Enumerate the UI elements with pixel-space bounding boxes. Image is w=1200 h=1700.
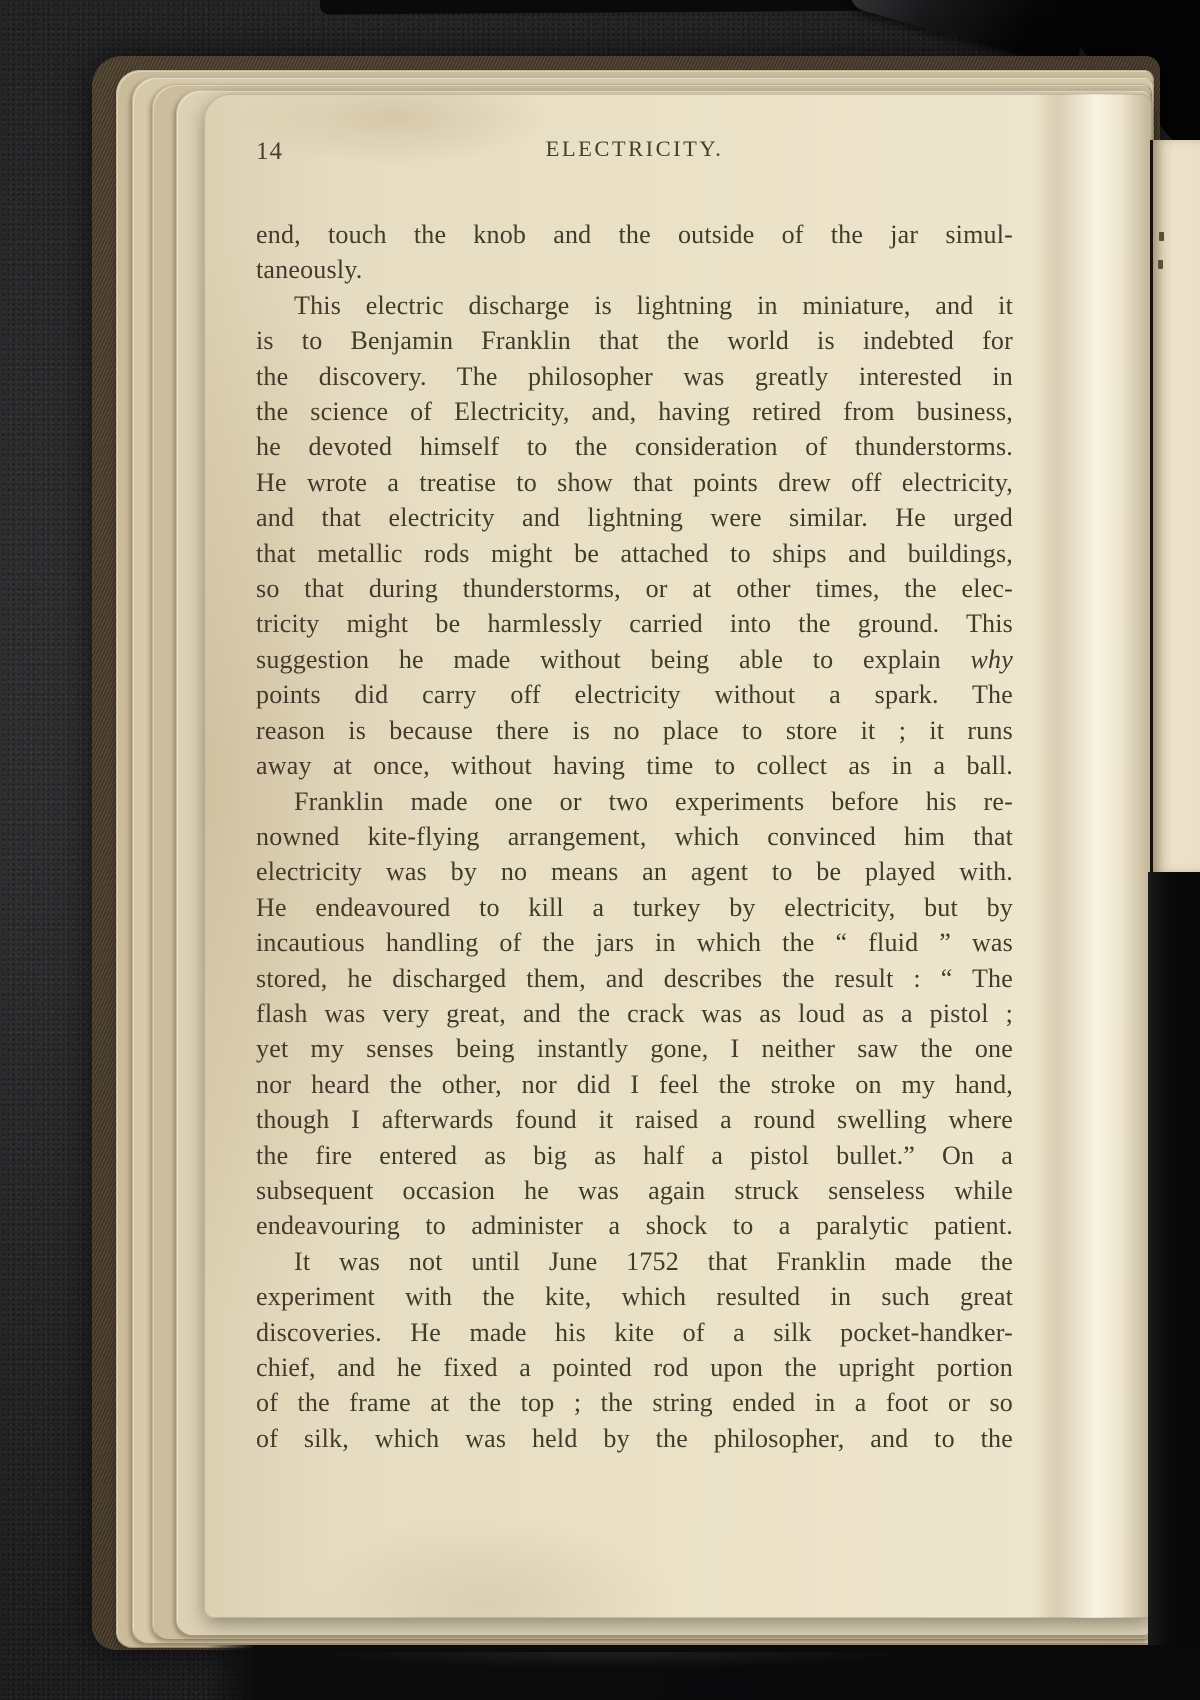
text-line: and that electricity and lightning were … [256, 500, 1013, 535]
text-line: stored, he discharged them, and describe… [256, 961, 1013, 996]
text-segment: and that electricity and lightning were … [256, 503, 1013, 532]
italic-text: why [971, 645, 1013, 674]
text-line: tricity might be harmlessly carried into… [256, 606, 1013, 641]
text-segment: so that during thunderstorms, or at othe… [256, 574, 1013, 603]
text-segment: the discovery. The philosopher was great… [256, 362, 1013, 391]
text-segment: flash was very great, and the crack was … [256, 999, 1013, 1028]
text-line: taneously. [256, 252, 1013, 287]
text-segment: nowned kite-flying arrangement, which co… [256, 822, 1013, 851]
text-line: He endeavoured to kill a turkey by elect… [256, 890, 1013, 925]
text-line: suggestion he made without being able to… [256, 642, 1013, 677]
text-line: chief, and he fixed a pointed rod upon t… [256, 1350, 1013, 1385]
text-segment: experiment with the kite, which resulted… [256, 1282, 1013, 1311]
text-segment: of the frame at the top ; the string end… [256, 1388, 1013, 1417]
text-segment: the science of Electricity, and, having … [256, 397, 1013, 426]
text-line: is to Benjamin Franklin that the world i… [256, 323, 1013, 358]
text-line: the fire entered as big as half a pistol… [256, 1138, 1013, 1173]
text-segment: It was not until June 1752 that Franklin… [294, 1247, 1013, 1276]
text-segment: he devoted himself to the consideration … [256, 432, 1013, 461]
text-segment: taneously. [256, 255, 362, 284]
text-segment: discoveries. He made his kite of a silk … [256, 1318, 1013, 1347]
text-segment: chief, and he fixed a pointed rod upon t… [256, 1353, 1013, 1382]
running-head: ELECTRICITY. [546, 136, 724, 161]
book-photo: 14 ELECTRICITY. end, touch the knob and … [0, 0, 1200, 1700]
text-segment: tricity might be harmlessly carried into… [256, 609, 1013, 638]
text-segment: end, touch the knob and the outside of t… [256, 220, 1013, 249]
text-line: electricity was by no means an agent to … [256, 854, 1013, 889]
text-segment: that metallic rods might be attached to … [256, 539, 1013, 568]
book-page: 14 ELECTRICITY. end, touch the knob and … [204, 94, 1152, 1618]
text-segment: away at once, without having time to col… [256, 751, 1013, 780]
text-line: It was not until June 1752 that Franklin… [256, 1244, 1013, 1279]
text-line: yet my senses being instantly gone, I ne… [256, 1031, 1013, 1066]
text-line: This electric discharge is lightning in … [256, 288, 1013, 323]
text-segment: electricity was by no means an agent to … [256, 857, 1013, 886]
text-segment: though I afterwards found it raised a ro… [256, 1105, 1013, 1134]
text-line: incautious handling of the jars in which… [256, 925, 1013, 960]
text-line: of the frame at the top ; the string end… [256, 1385, 1013, 1420]
text-segment: nor heard the other, nor did I feel the … [256, 1070, 1013, 1099]
text-line: the science of Electricity, and, having … [256, 394, 1013, 429]
ink-speck [1158, 260, 1163, 269]
text-line: Franklin made one or two experiments bef… [256, 784, 1013, 819]
text-line: reason is because there is no place to s… [256, 713, 1013, 748]
text-segment: is to Benjamin Franklin that the world i… [256, 326, 1013, 355]
text-line: the discovery. The philosopher was great… [256, 359, 1013, 394]
text-line: of silk, which was held by the philosoph… [256, 1421, 1013, 1456]
text-segment: He endeavoured to kill a turkey by elect… [256, 893, 1013, 922]
text-segment: suggestion he made without being able to… [256, 645, 971, 674]
text-line: he devoted himself to the consideration … [256, 429, 1013, 464]
text-segment: the fire entered as big as half a pistol… [256, 1141, 1013, 1170]
ink-speck [1159, 232, 1164, 241]
text-line: that metallic rods might be attached to … [256, 536, 1013, 571]
text-segment: endeavouring to administer a shock to a … [256, 1211, 1013, 1240]
text-segment: He wrote a treatise to show that points … [256, 468, 1013, 497]
text-line: subsequent occasion he was again struck … [256, 1173, 1013, 1208]
text-line: He wrote a treatise to show that points … [256, 465, 1013, 500]
text-segment: reason is because there is no place to s… [256, 716, 1013, 745]
text-segment: incautious handling of the jars in which… [256, 928, 1013, 957]
page-curl [1034, 94, 1152, 1618]
text-line: discoveries. He made his kite of a silk … [256, 1315, 1013, 1350]
cradle-edge [1148, 872, 1200, 1656]
text-segment: stored, he discharged them, and describe… [256, 964, 1013, 993]
page-header: 14 ELECTRICITY. [256, 136, 1013, 172]
text-line: endeavouring to administer a shock to a … [256, 1208, 1013, 1243]
text-line: though I afterwards found it raised a ro… [256, 1102, 1013, 1137]
facing-page-sliver [1150, 140, 1200, 872]
text-segment: This electric discharge is lightning in … [294, 291, 1013, 320]
text-segment: Franklin made one or two experiments bef… [294, 787, 1013, 816]
text-line: experiment with the kite, which resulted… [256, 1279, 1013, 1314]
text-line: flash was very great, and the crack was … [256, 996, 1013, 1031]
text-line: so that during thunderstorms, or at othe… [256, 571, 1013, 606]
text-segment: yet my senses being instantly gone, I ne… [256, 1034, 1013, 1063]
text-segment: of silk, which was held by the philosoph… [256, 1424, 1013, 1453]
text-line: end, touch the knob and the outside of t… [256, 217, 1013, 252]
shadow-bottom-glow [230, 1652, 990, 1672]
text-line: points did carry off electricity without… [256, 677, 1013, 712]
text-segment: points did carry off electricity without… [256, 680, 1013, 709]
text-line: away at once, without having time to col… [256, 748, 1013, 783]
text-line: nor heard the other, nor did I feel the … [256, 1067, 1013, 1102]
text-line: nowned kite-flying arrangement, which co… [256, 819, 1013, 854]
text-segment: subsequent occasion he was again struck … [256, 1176, 1013, 1205]
page-number: 14 [256, 138, 283, 166]
body-text: end, touch the knob and the outside of t… [256, 217, 1013, 1456]
